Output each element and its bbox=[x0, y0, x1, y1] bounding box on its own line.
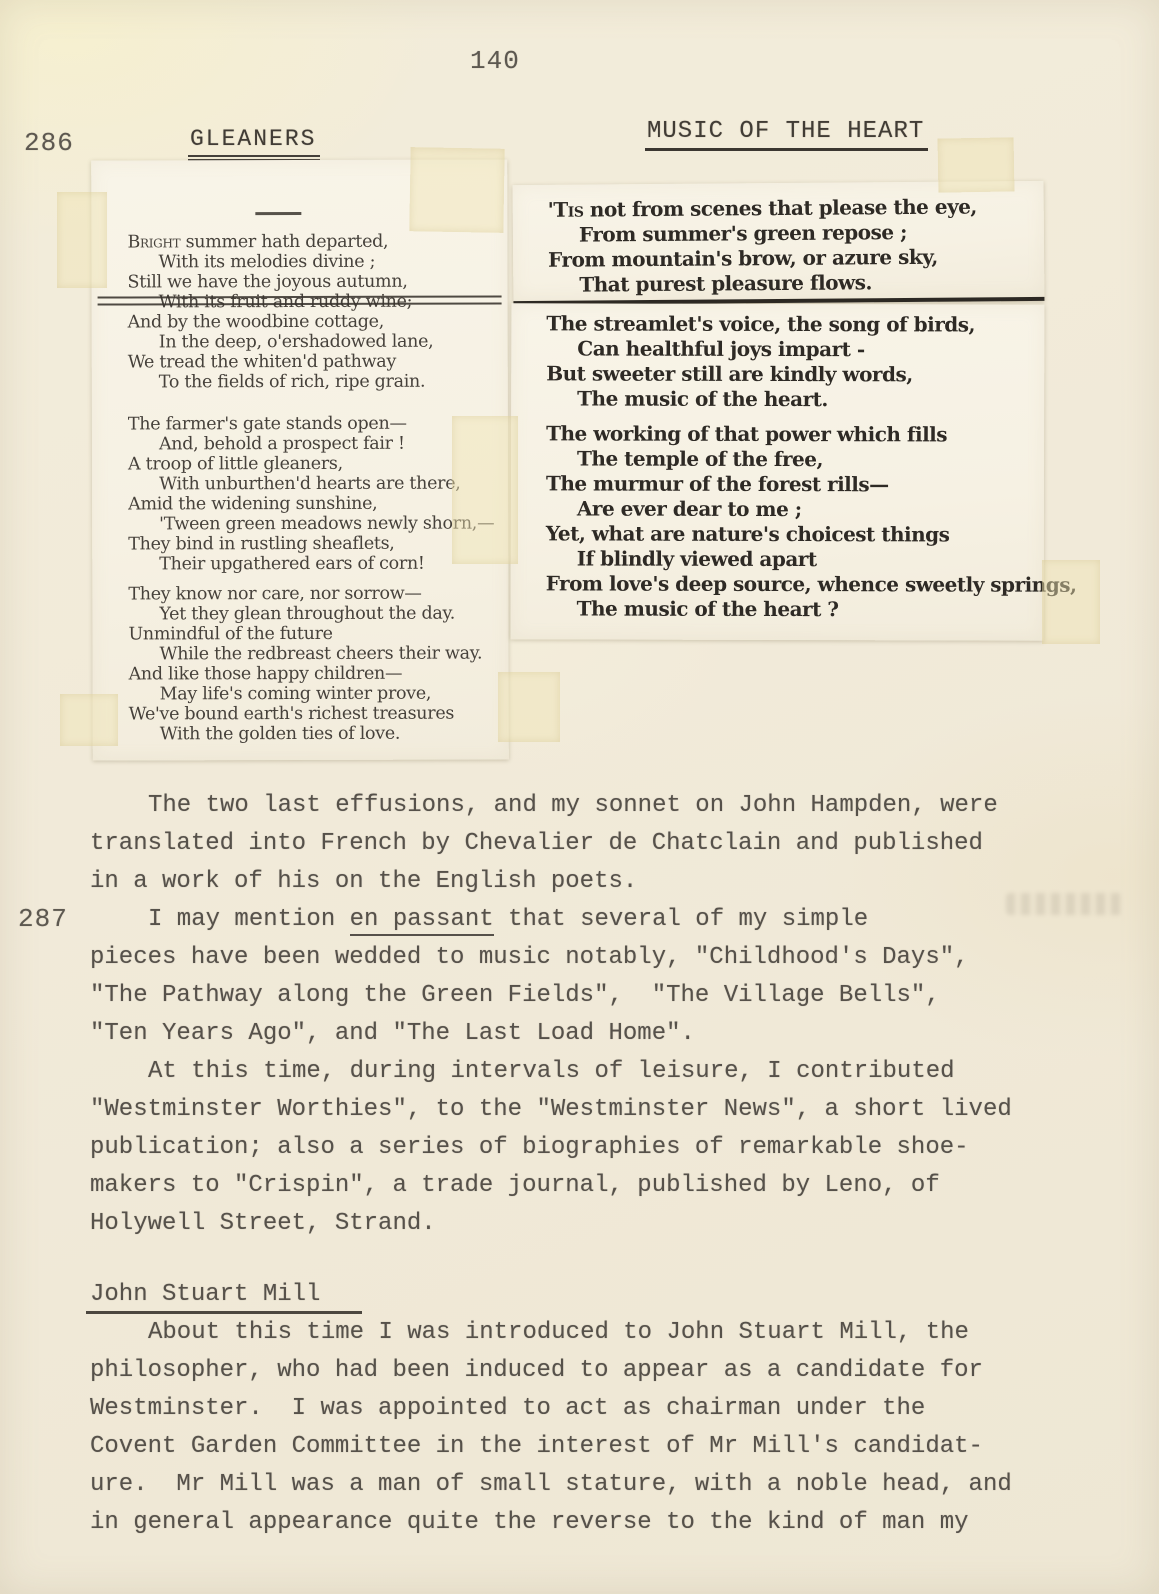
typed-line-text: that several of my simple bbox=[494, 906, 868, 933]
poem-line: Their upgathered ears of corn! bbox=[128, 553, 494, 574]
poem-line: The temple of the free, bbox=[546, 446, 1077, 472]
poem-line-text: And like those happy children— bbox=[129, 664, 403, 685]
poem-line: With its melodies divine ; bbox=[127, 252, 412, 273]
section-heading-text: John Stuart Mill bbox=[86, 1281, 362, 1314]
poem-line: In the deep, o'ershadowed lane, bbox=[128, 332, 434, 353]
typed-line-text: philosopher, who had been induced to app… bbox=[90, 1357, 983, 1384]
faded-ink-smudge bbox=[1006, 893, 1122, 915]
typed-line-text: Holywell Street, Strand. bbox=[90, 1210, 436, 1237]
typed-line-text: ure. Mr Mill was a man of small stature,… bbox=[90, 1471, 1012, 1498]
gleaners-stanza-3: The farmer's gate stands open— And, beho… bbox=[128, 413, 495, 574]
poem-line: And, behold a prospect fair ! bbox=[128, 433, 494, 454]
typed-line: makers to "Crispin", a trade journal, pu… bbox=[90, 1167, 1095, 1205]
poem-line-text: Still we have the joyous autumn, bbox=[128, 272, 408, 293]
tape-mark bbox=[1042, 560, 1100, 644]
typed-line-text: in general appearance quite the reverse … bbox=[90, 1509, 969, 1536]
poem-line-text: While the redbreast cheers their way. bbox=[159, 644, 482, 665]
poem-line-text: If blindly viewed apart bbox=[577, 546, 817, 571]
poem-line: The music of the heart ? bbox=[546, 596, 1077, 622]
poem-line-smallcaps: Bright bbox=[127, 232, 180, 252]
poem-line-text: Their upgathered ears of corn! bbox=[159, 554, 424, 575]
poem-line: But sweeter still are kindly words, bbox=[546, 361, 975, 387]
section-heading-john-stuart-mill: John Stuart Mill bbox=[90, 1276, 1095, 1314]
poem-line: The murmur of the forest rills— bbox=[546, 471, 1077, 497]
poem-line-text: In the deep, o'ershadowed lane, bbox=[159, 332, 434, 353]
poem-line-text: With its melodies divine ; bbox=[158, 252, 375, 273]
poem-line: Yet they glean throughout the day. bbox=[128, 604, 482, 625]
gleaners-stanza-4: They know nor care, nor sorrow— Yet they… bbox=[128, 584, 482, 745]
gleaners-stanza-2: And by the woodbine cottage, In the deep… bbox=[128, 312, 434, 393]
poem-line-text: That purest pleasure flows. bbox=[579, 270, 872, 296]
poem-line: Yet, what are nature's choicest things bbox=[546, 521, 1077, 547]
poem-line-text: The music of the heart ? bbox=[577, 596, 839, 621]
ornament-rule bbox=[255, 212, 301, 215]
typed-line: philosopher, who had been induced to app… bbox=[90, 1352, 1095, 1390]
newspaper-clipping-music-bottom: The streamlet's voice, the song of birds… bbox=[511, 303, 1045, 640]
typed-line: At this time, during intervals of leisur… bbox=[90, 1053, 1095, 1091]
poem-line-text: From love's deep source, whence sweetly … bbox=[546, 571, 1077, 596]
underlined-phrase: en passant bbox=[350, 906, 494, 936]
poem-line: Amid the widening sunshine, bbox=[128, 493, 494, 514]
poem-line-text: summer hath departed, bbox=[180, 232, 388, 253]
clipping-title-music-of-the-heart: MUSIC OF THE HEART bbox=[645, 118, 928, 151]
poem-line-text: With the golden ties of love. bbox=[160, 724, 400, 745]
poem-line: Bright summer hath departed, bbox=[127, 232, 412, 253]
poem-line: Are ever dear to me ; bbox=[546, 496, 1077, 522]
poem-line-text: The murmur of the forest rills— bbox=[546, 471, 889, 496]
typed-line-text: The two last effusions, and my sonnet on… bbox=[148, 792, 998, 819]
poem-line-text: Yet, what are nature's choicest things bbox=[546, 521, 950, 546]
poem-line-smallcaps: 'Tis bbox=[548, 198, 584, 222]
poem-line: That purest pleasure flows. bbox=[548, 269, 977, 297]
tape-mark bbox=[57, 192, 107, 288]
poem-line: To the fields of rich, ripe grain. bbox=[128, 372, 434, 393]
typed-line: "Westminster Worthies", to the "Westmins… bbox=[90, 1091, 1095, 1129]
poem-line: The working of that power which fills bbox=[546, 421, 1077, 447]
typed-line: in general appearance quite the reverse … bbox=[90, 1504, 1095, 1542]
poem-line-text: From summer's green repose ; bbox=[579, 220, 907, 247]
poem-line: Can healthful joys impart - bbox=[546, 336, 975, 362]
poem-line: May life's coming winter prove, bbox=[129, 684, 483, 705]
typed-line: "The Pathway along the Green Fields", "T… bbox=[90, 977, 1095, 1015]
poem-line-text: 'Tween green meadows newly shorn,— bbox=[159, 513, 494, 534]
typed-line-text: At this time, during intervals of leisur… bbox=[148, 1058, 955, 1085]
poem-line-text: Can healthful joys impart - bbox=[577, 336, 864, 361]
poem-line: From summer's green repose ; bbox=[548, 219, 977, 247]
poem-line-text: We tread the whiten'd pathway bbox=[128, 352, 396, 373]
poem-line-text: With unburthen'd hearts are there, bbox=[159, 474, 461, 495]
poem-line: The music of the heart. bbox=[546, 386, 975, 412]
poem-line: The streamlet's voice, the song of birds… bbox=[546, 311, 975, 337]
poem-line: A troop of little gleaners, bbox=[128, 453, 494, 474]
poem-line-text: Are ever dear to me ; bbox=[577, 496, 802, 521]
typed-line-text: translated into French by Chevalier de C… bbox=[90, 830, 983, 857]
typed-body: The two last effusions, and my sonnet on… bbox=[90, 787, 1095, 1542]
typed-line: Covent Garden Committee in the interest … bbox=[90, 1428, 1095, 1466]
tape-mark bbox=[938, 137, 1015, 192]
tape-mark bbox=[498, 672, 560, 742]
music-stanza-1: 'Tis not from scenes that please the eye… bbox=[548, 194, 978, 297]
margin-number-286: 286 bbox=[24, 128, 74, 158]
typed-line: I may mention en passant that several of… bbox=[90, 901, 1095, 939]
poem-line-text: Unmindful of the future bbox=[128, 624, 332, 645]
newspaper-clipping-music-top: 'Tis not from scenes that please the eye… bbox=[513, 181, 1045, 305]
typed-line: "Ten Years Ago", and "The Last Load Home… bbox=[90, 1015, 1095, 1053]
poem-line-text: The music of the heart. bbox=[577, 386, 828, 411]
margin-number-287: 287 bbox=[18, 904, 68, 934]
poem-line: While the redbreast cheers their way. bbox=[128, 644, 482, 665]
tape-mark bbox=[409, 147, 504, 233]
typed-line-text: "Ten Years Ago", and "The Last Load Home… bbox=[90, 1020, 695, 1047]
poem-line: 'Tis not from scenes that please the eye… bbox=[548, 194, 977, 222]
poem-line-text: Amid the widening sunshine, bbox=[128, 494, 377, 515]
poem-line: Still we have the joyous autumn, bbox=[128, 272, 413, 293]
divider-rule bbox=[98, 295, 502, 305]
poem-line: They know nor care, nor sorrow— bbox=[128, 584, 482, 605]
poem-line: The farmer's gate stands open— bbox=[128, 413, 494, 434]
typed-line-text: makers to "Crispin", a trade journal, pu… bbox=[90, 1172, 940, 1199]
typed-line: pieces have been wedded to music notably… bbox=[90, 939, 1095, 977]
poem-line: From mountain's brow, or azure sky, bbox=[548, 244, 977, 272]
poem-line: From love's deep source, whence sweetly … bbox=[546, 571, 1077, 597]
poem-line: We've bound earth's richest treasures bbox=[129, 704, 483, 725]
typed-line: About this time I was introduced to John… bbox=[90, 1314, 1095, 1352]
typed-line-text: About this time I was introduced to John… bbox=[148, 1319, 969, 1346]
typed-line: translated into French by Chevalier de C… bbox=[90, 825, 1095, 863]
typed-line-text: Covent Garden Committee in the interest … bbox=[90, 1433, 983, 1460]
poem-line-text: To the fields of rich, ripe grain. bbox=[159, 372, 426, 393]
poem-line-text: not from scenes that please the eye, bbox=[583, 194, 977, 221]
typed-line: publication; also a series of biographie… bbox=[90, 1129, 1095, 1167]
poem-line: We tread the whiten'd pathway bbox=[128, 352, 434, 373]
scanned-scrapbook-page: 140 286 287 GLEANERS MUSIC OF THE HEART … bbox=[0, 0, 1159, 1594]
typed-line-text: in a work of his on the English poets. bbox=[90, 868, 637, 895]
poem-line-text: A troop of little gleaners, bbox=[128, 454, 343, 475]
poem-line-text: They know nor care, nor sorrow— bbox=[128, 584, 421, 605]
poem-line-text: And by the woodbine cottage, bbox=[128, 312, 384, 333]
typed-line-text: "Westminster Worthies", to the "Westmins… bbox=[90, 1096, 1012, 1123]
poem-line-text: May life's coming winter prove, bbox=[160, 684, 432, 705]
typed-line-text: Westminster. I was appointed to act as c… bbox=[90, 1395, 925, 1422]
typed-line-text: publication; also a series of biographie… bbox=[90, 1134, 969, 1161]
poem-line-text: But sweeter still are kindly words, bbox=[546, 361, 912, 386]
poem-line: 'Tween green meadows newly shorn,— bbox=[128, 513, 494, 534]
tape-mark bbox=[452, 416, 518, 564]
poem-line-text: The streamlet's voice, the song of birds… bbox=[546, 311, 975, 336]
typed-line: The two last effusions, and my sonnet on… bbox=[90, 787, 1095, 825]
poem-line: Unmindful of the future bbox=[128, 624, 482, 645]
tape-mark bbox=[60, 694, 118, 746]
poem-line-text: From mountain's brow, or azure sky, bbox=[548, 245, 938, 272]
poem-line: And by the woodbine cottage, bbox=[128, 312, 434, 333]
poem-line: They bind in rustling sheaflets, bbox=[128, 533, 494, 554]
typed-line: Holywell Street, Strand. bbox=[90, 1205, 1095, 1243]
music-stanza-2: The streamlet's voice, the song of birds… bbox=[546, 311, 975, 412]
poem-line: And like those happy children— bbox=[129, 664, 483, 685]
typed-line-text: I may mention bbox=[148, 906, 350, 933]
poem-line-text: Yet they glean throughout the day. bbox=[159, 604, 455, 625]
poem-line-text: They bind in rustling sheaflets, bbox=[128, 534, 394, 555]
newspaper-clipping-gleaners: Bright summer hath departed, With its me… bbox=[91, 159, 509, 760]
page-number: 140 bbox=[470, 46, 520, 76]
poem-line-text: The working of that power which fills bbox=[546, 421, 947, 446]
poem-line-text: The temple of the free, bbox=[577, 446, 823, 471]
clipping-title-gleaners: GLEANERS bbox=[188, 126, 320, 161]
typed-line-text: pieces have been wedded to music notably… bbox=[90, 944, 969, 971]
typed-line: in a work of his on the English poets. bbox=[90, 863, 1095, 901]
typed-line: ure. Mr Mill was a man of small stature,… bbox=[90, 1466, 1095, 1504]
poem-line: With the golden ties of love. bbox=[129, 724, 483, 745]
clipping-title-gleaners-text: GLEANERS bbox=[188, 126, 320, 161]
typed-line-text: "The Pathway along the Green Fields", "T… bbox=[90, 982, 940, 1009]
typed-line: Westminster. I was appointed to act as c… bbox=[90, 1390, 1095, 1428]
poem-line-text: We've bound earth's richest treasures bbox=[129, 704, 454, 725]
poem-line-text: And, behold a prospect fair ! bbox=[159, 434, 405, 455]
music-stanza-3: The working of that power which fills Th… bbox=[546, 421, 1077, 622]
clipping-title-music-text: MUSIC OF THE HEART bbox=[645, 118, 928, 151]
poem-line: With unburthen'd hearts are there, bbox=[128, 473, 494, 494]
poem-line: If blindly viewed apart bbox=[546, 546, 1077, 572]
poem-line-text: The farmer's gate stands open— bbox=[128, 414, 407, 435]
